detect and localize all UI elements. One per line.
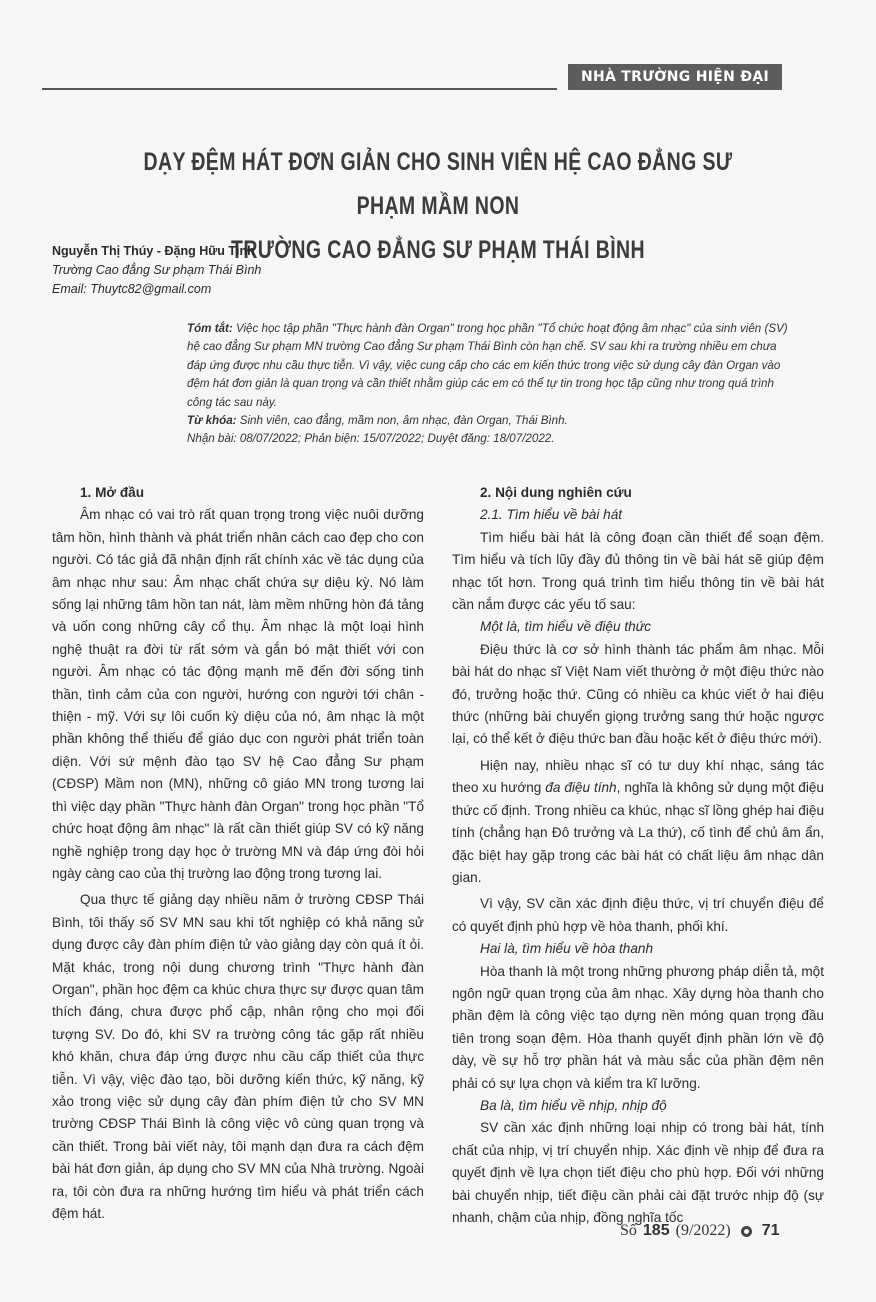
keywords: Từ khóa: Sinh viên, cao đẳng, mầm non, â… — [187, 412, 797, 430]
paragraph: Qua thực tế giảng dạy nhiều năm ở trường… — [52, 889, 424, 1225]
issue-label: Số — [620, 1222, 637, 1240]
section-heading-content: 2. Nội dung nghiên cứu — [452, 482, 824, 504]
paragraph: Tìm hiểu bài hát là công đoạn cần thiết … — [452, 527, 824, 617]
paragraph: SV cần xác định những loại nhịp có trong… — [452, 1117, 824, 1229]
bullet-icon — [741, 1226, 752, 1237]
paragraph: Hiện nay, nhiều nhạc sĩ có tư duy khí nh… — [452, 755, 824, 889]
issue-number: 185 — [643, 1222, 670, 1240]
left-column: 1. Mở đầu Âm nhạc có vai trò rất quan tr… — [52, 482, 424, 1225]
emphasis: đa điệu tính — [545, 780, 616, 795]
paragraph: Hòa thanh là một trong những phương pháp… — [452, 961, 824, 1095]
abstract-label: Tóm tắt: — [187, 322, 233, 335]
subsection-heading: 2.1. Tìm hiểu về bài hát — [452, 504, 824, 526]
section-badge: NHÀ TRƯỜNG HIỆN ĐẠI — [568, 64, 782, 90]
author-block: Nguyễn Thị Thúy - Đặng Hữu Tình Trường C… — [52, 242, 261, 299]
page-footer: Số 185 (9/2022) 71 — [620, 1222, 780, 1240]
right-column: 2. Nội dung nghiên cứu 2.1. Tìm hiểu về … — [452, 482, 824, 1229]
paragraph: Âm nhạc có vai trò rất quan trọng trong … — [52, 504, 424, 885]
keywords-text: Sinh viên, cao đẳng, mầm non, âm nhạc, đ… — [237, 414, 568, 427]
abstract-block: Tóm tắt: Việc học tập phần "Thực hành đà… — [187, 320, 797, 449]
page-number: 71 — [762, 1222, 780, 1240]
section-heading-intro: 1. Mở đầu — [52, 482, 424, 504]
item-heading: Ba là, tìm hiểu về nhịp, nhịp độ — [452, 1095, 824, 1117]
text-run: , nghĩa là không sử dụng một điệu thức c… — [452, 780, 824, 885]
title-line-1: DẠY ĐỆM HÁT ĐƠN GIẢN CHO SINH VIÊN HỆ CA… — [128, 140, 749, 228]
keywords-label: Từ khóa: — [187, 414, 237, 427]
item-heading: Một là, tìm hiểu về điệu thức — [452, 616, 824, 638]
paragraph: Điệu thức là cơ sở hình thành tác phẩm â… — [452, 639, 824, 751]
author-affiliation: Trường Cao đẳng Sư phạm Thái Bình — [52, 261, 261, 280]
item-heading: Hai là, tìm hiểu về hòa thanh — [452, 938, 824, 960]
header-rule — [42, 88, 557, 90]
submission-dates: Nhận bài: 08/07/2022; Phản biện: 15/07/2… — [187, 430, 797, 448]
author-email: Email: Thuytc82@gmail.com — [52, 280, 261, 299]
abstract: Tóm tắt: Việc học tập phần "Thực hành đà… — [187, 320, 797, 412]
paragraph: Vì vậy, SV cần xác định điệu thức, vị tr… — [452, 893, 824, 938]
abstract-text: Việc học tập phần "Thực hành đàn Organ" … — [187, 322, 788, 409]
author-names: Nguyễn Thị Thúy - Đặng Hữu Tình — [52, 242, 261, 261]
issue-date: (9/2022) — [676, 1222, 731, 1240]
